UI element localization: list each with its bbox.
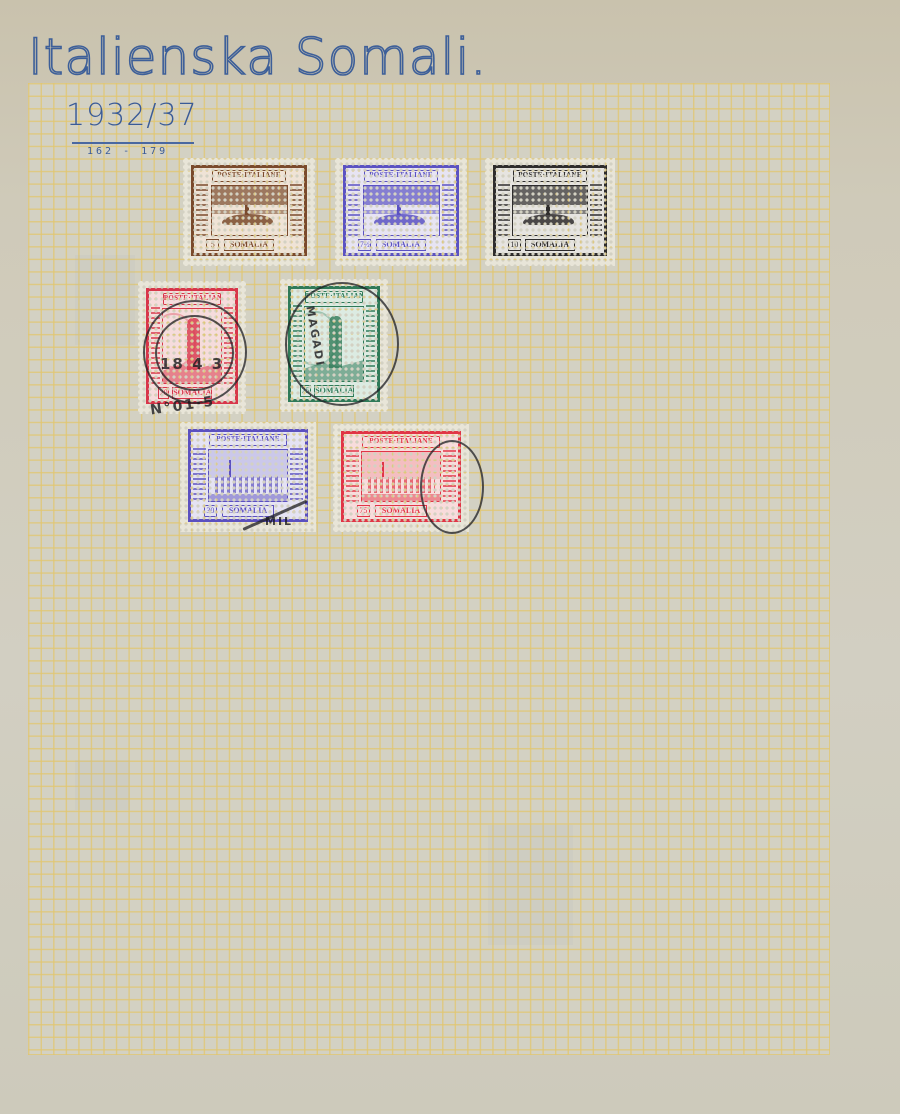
stamp-lighthouse[interactable]: POSTE·ITALIANE 5 SOMALIA: [183, 158, 315, 266]
stamp-tower[interactable]: POSTE·ITALIANE 25 SOMALIA: [280, 279, 388, 412]
stamp-frame: POSTE·ITALIANE 25 SOMALIA: [288, 286, 380, 402]
stamp-header: POSTE·ITALIANE: [209, 434, 287, 446]
stamp-vignette: [512, 185, 588, 236]
page-title: Italienska Somali.: [28, 28, 487, 86]
ghost-mark: [75, 255, 135, 345]
stamp-value: 7½: [358, 239, 371, 251]
ghost-mark: [488, 825, 573, 945]
stamp-governor-palace[interactable]: POSTE·ITALIANE 30 SOMALIA: [180, 422, 316, 532]
stamp-frame: POSTE·ITALIANE 75 SOMALIA: [341, 431, 461, 522]
stamp-country: SOMALIA: [172, 387, 212, 399]
stamp-frame: POSTE·ITALIANE 7½ SOMALIA: [343, 165, 459, 256]
stamp-lighthouse[interactable]: POSTE·ITALIANE 7½ SOMALIA: [335, 158, 467, 266]
stamp-frame: POSTE·ITALIANE 10 SOMALIA: [493, 165, 607, 256]
stamp-value: 25: [300, 385, 310, 397]
stamp-header: POSTE·ITALIANE: [513, 170, 586, 182]
stamp-vignette: [361, 451, 441, 502]
stamp-value: 5: [206, 239, 219, 251]
stamp-ornament: [346, 450, 359, 503]
stamp-header: POSTE·ITALIANE: [362, 436, 440, 448]
stamp-frame: POSTE·ITALIANE 5 SOMALIA: [191, 165, 307, 256]
stamp-ornament: [293, 305, 302, 383]
stamp-header: POSTE·ITALIANE: [212, 170, 287, 182]
stamp-ornament: [290, 448, 303, 503]
stamp-vignette: [304, 306, 364, 382]
stamp-ornament: [498, 184, 510, 237]
stamp-vignette: [211, 185, 288, 236]
stamp-ornament: [290, 184, 302, 237]
stamp-ornament: [224, 307, 233, 385]
stamp-ornament: [196, 184, 208, 237]
stamp-header: POSTE·ITALIANE: [305, 291, 364, 303]
stamp-governor-palace[interactable]: POSTE·ITALIANE 75 SOMALIA: [333, 424, 469, 532]
album-page: Italienska Somali. 1932/37 162 - 179 POS…: [0, 0, 900, 1114]
stamp-ornament: [366, 305, 375, 383]
stamp-country: SOMALIA: [314, 385, 354, 397]
stamp-value: 20: [158, 387, 168, 399]
stamp-vignette: [363, 185, 440, 236]
stamp-ornament: [193, 448, 206, 503]
stamp-lighthouse[interactable]: POSTE·ITALIANE 10 SOMALIA: [485, 158, 615, 266]
stamp-country: SOMALIA: [224, 239, 275, 251]
stamp-value: 10: [508, 239, 521, 251]
stamp-country: SOMALIA: [525, 239, 575, 251]
stamp-frame: POSTE·ITALIANE 20 SOMALIA: [146, 288, 238, 404]
stamp-ornament: [590, 184, 602, 237]
ghost-mark: [75, 760, 130, 810]
year-range: 1932/37: [66, 98, 198, 133]
stamp-country: SOMALIA: [376, 239, 427, 251]
stamp-value: 75: [357, 505, 371, 517]
stamp-ornament: [442, 184, 454, 237]
stamp-vignette: [162, 308, 222, 384]
year-underline: [72, 142, 194, 144]
stamp-tower[interactable]: POSTE·ITALIANE 20 SOMALIA: [138, 281, 246, 414]
stamp-value: 30: [204, 505, 218, 517]
stamp-ornament: [443, 450, 456, 503]
stamp-vignette: [208, 449, 288, 502]
stamp-country: SOMALIA: [375, 505, 427, 517]
stamp-ornament: [348, 184, 360, 237]
stamp-header: POSTE·ITALIANE: [364, 170, 439, 182]
stamp-country: SOMALIA: [222, 505, 274, 517]
stamp-header: POSTE·ITALIANE: [163, 293, 222, 305]
catalog-number-range: 162 - 179: [87, 146, 168, 157]
stamp-ornament: [151, 307, 160, 385]
